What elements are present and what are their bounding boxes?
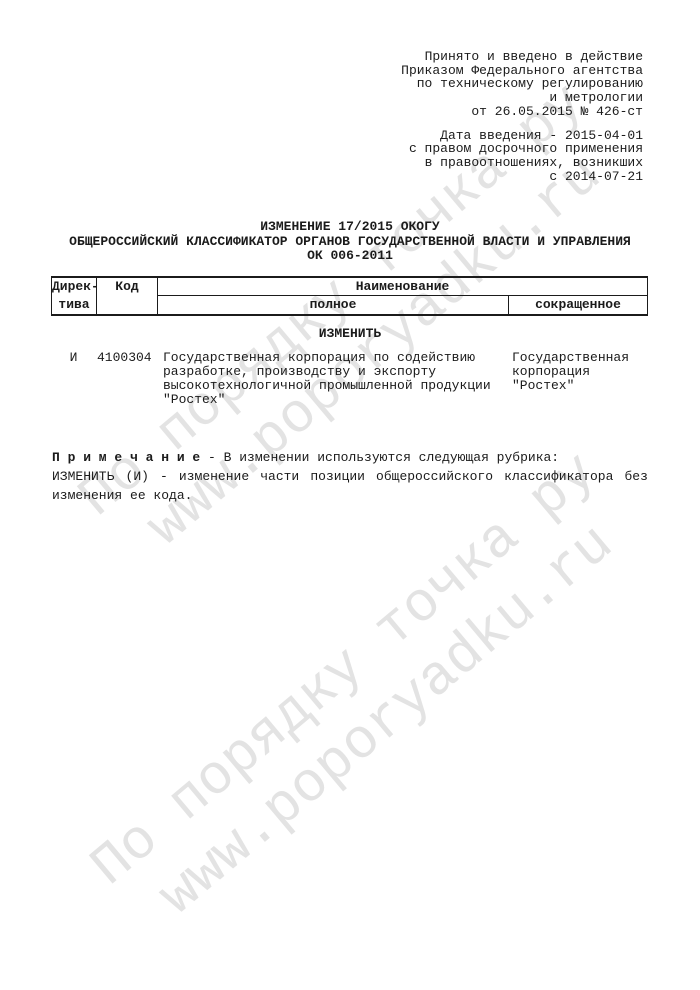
table-row-short-name: Государственная корпорация "Ростех" bbox=[512, 351, 629, 393]
section-label-change: ИЗМЕНИТЬ bbox=[0, 327, 700, 341]
acceptance-line: по техническому регулированию bbox=[401, 77, 643, 91]
table-row-code: 4100304 bbox=[97, 351, 152, 365]
acceptance-line: Приказом Федерального агентства bbox=[401, 64, 643, 78]
column-header-name-short: сокращенное bbox=[509, 296, 647, 314]
column-header-name-subcolumns: полное сокращенное bbox=[158, 296, 647, 314]
acceptance-effective-date: Дата введения - 2015-04-01 с правом доср… bbox=[401, 129, 643, 184]
title-line-change-number: ИЗМЕНЕНИЕ 17/2015 ОКОГУ bbox=[0, 220, 700, 235]
note-body-line2: изменения ее кода. bbox=[52, 486, 648, 505]
column-header-directive: Дирек- тива bbox=[52, 278, 97, 314]
note-label: П р и м е ч а н и е bbox=[52, 450, 200, 465]
note-block: П р и м е ч а н и е - В изменении исполь… bbox=[52, 448, 648, 505]
column-header-code: Код bbox=[97, 278, 158, 314]
acceptance-line: с 2014-07-21 bbox=[401, 170, 643, 184]
acceptance-line: Принято и введено в действие bbox=[401, 50, 643, 64]
acceptance-line: с правом досрочного применения bbox=[401, 142, 643, 156]
title-line-ok-code: ОК 006-2011 bbox=[0, 249, 700, 264]
note-body-line1: ИЗМЕНИТЬ (И) - изменение части позиции о… bbox=[52, 467, 648, 486]
full-name-line: высокотехнологичной промышленной продукц… bbox=[163, 379, 491, 393]
acceptance-line: и метрологии bbox=[401, 91, 643, 105]
short-name-line: "Ростех" bbox=[512, 379, 629, 393]
column-header-directive-line2: тива bbox=[52, 296, 96, 314]
column-header-directive-line1: Дирек- bbox=[52, 278, 96, 296]
note-intro-text: - В изменении используются следующая руб… bbox=[200, 450, 559, 465]
document-page: По порядку точка ру www.poporyadku.ru По… bbox=[0, 0, 700, 990]
acceptance-line: от 26.05.2015 № 426-ст bbox=[401, 105, 643, 119]
short-name-line: Государственная bbox=[512, 351, 629, 365]
note-intro-line: П р и м е ч а н и е - В изменении исполь… bbox=[52, 448, 648, 467]
table-header: Дирек- тива Код Наименование полное сокр… bbox=[51, 276, 648, 316]
title-line-classifier-name: ОБЩЕРОССИЙСКИЙ КЛАССИФИКАТОР ОРГАНОВ ГОС… bbox=[0, 235, 700, 250]
acceptance-line: Дата введения - 2015-04-01 bbox=[401, 129, 643, 143]
acceptance-line: в правоотношениях, возникших bbox=[401, 156, 643, 170]
acceptance-order: Принято и введено в действие Приказом Фе… bbox=[401, 50, 643, 119]
full-name-line: "Ростех" bbox=[163, 393, 491, 407]
full-name-line: Государственная корпорация по содействию bbox=[163, 351, 491, 365]
page-title: ИЗМЕНЕНИЕ 17/2015 ОКОГУ ОБЩЕРОССИЙСКИЙ К… bbox=[0, 220, 700, 264]
short-name-line: корпорация bbox=[512, 365, 629, 379]
table-row-full-name: Государственная корпорация по содействию… bbox=[163, 351, 491, 407]
column-header-name: Наименование полное сокращенное bbox=[158, 278, 647, 314]
watermark-url: www.poporyadku.ru bbox=[121, 490, 653, 951]
column-header-name-full: полное bbox=[158, 296, 509, 314]
acceptance-block: Принято и введено в действие Приказом Фе… bbox=[401, 50, 643, 183]
table-row-directive: И bbox=[51, 351, 96, 365]
full-name-line: разработке, производству и экспорту bbox=[163, 365, 491, 379]
column-header-name-label: Наименование bbox=[158, 278, 647, 296]
